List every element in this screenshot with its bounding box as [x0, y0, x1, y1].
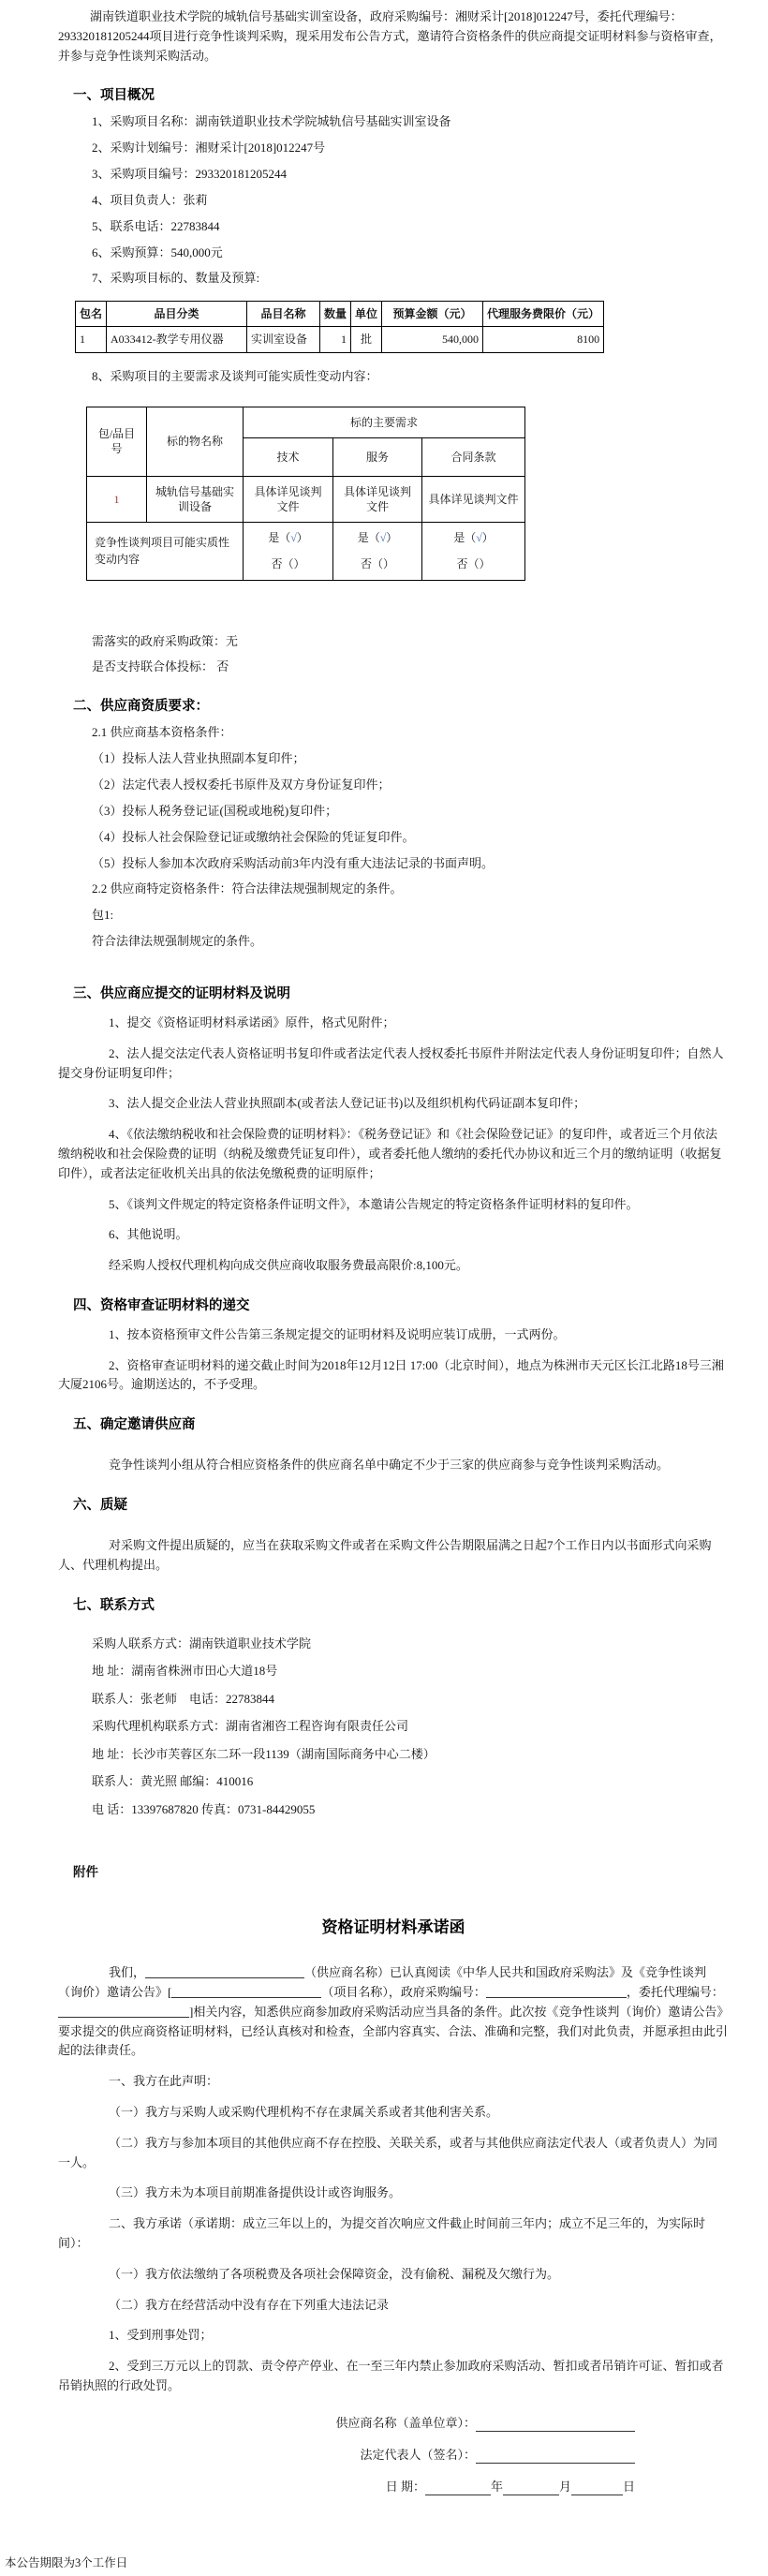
- violation-item: 2、受到三万元以上的罚款、责令停产停业、在一至三年内禁止参加政府采购活动、暂扣或…: [58, 2357, 729, 2396]
- cell-subject-name: 城轨信号基础实训设备: [147, 476, 244, 522]
- agency-contact-line: 采购代理机构联系方式：湖南省湘咨工程咨询有限责任公司: [92, 1717, 729, 1736]
- header-service: 服务: [333, 437, 422, 476]
- header-unit: 单位: [351, 302, 382, 327]
- no-option: 否（）: [428, 556, 519, 571]
- procurement-items-table: 包名 品目分类 品目名称 数量 单位 预算金额（元） 代理服务费限价（元） 1 …: [75, 301, 604, 352]
- letter-text: ，委托代理编号：: [627, 1985, 724, 1999]
- blank-project-name: [171, 1984, 321, 1998]
- qualification-line: （4）投标人社会保险登记证或缴纳社会保险的凭证复印件。: [92, 829, 729, 847]
- header-contract-terms: 合同条款: [422, 437, 525, 476]
- agency-phone-line: 电 话：13397687820 传真：0731-84429055: [92, 1800, 729, 1819]
- header-package: 包名: [76, 302, 107, 327]
- legal-rep-label: 法定代表人（签名）：: [360, 2447, 476, 2464]
- cell-category: A033412-教学专用仪器: [107, 327, 247, 352]
- header-quantity: 数量: [320, 302, 351, 327]
- agency-address-line: 地 址：长沙市芙蓉区东二环一段1139（湖南国际商务中心二楼）: [92, 1745, 729, 1764]
- yes-label-close: ）: [297, 531, 308, 544]
- yes-label-close: ）: [482, 531, 494, 544]
- no-option: 否（）: [249, 556, 327, 571]
- yes-option: 是（√）: [428, 530, 519, 545]
- yes-label: 是（: [358, 531, 380, 544]
- plan-number-line: 2、采购计划编号：湘财采计[2018]012247号: [92, 140, 729, 157]
- invite-supplier-paragraph: 竞争性谈判小组从符合相应资格条件的供应商名单中确定不少于三家的供应商参与竞争性谈…: [58, 1456, 729, 1475]
- declaration-2-item: （一）我方依法缴纳了各项税费及各项社会保障资金，没有偷税、漏税及欠缴行为。: [58, 2265, 729, 2285]
- material-paragraph: 1、提交《资格证明材料承诺函》原件，格式见附件；: [58, 1014, 729, 1033]
- table-row: 1 城轨信号基础实训设备 具体详见谈判文件 具体详见谈判文件 具体详见谈判文件: [87, 476, 525, 522]
- blank-supplier-seal: [476, 2418, 635, 2432]
- cell-unit: 批: [351, 327, 382, 352]
- variation-service: 是（√） 否（）: [333, 523, 422, 580]
- announcement-period-note: 本公告期限为3个工作日: [5, 2554, 127, 2570]
- blank-day: [571, 2481, 623, 2495]
- signature-block: 供应商名称（盖单位章）： 法定代表人（签名）： 日 期：年月日: [58, 2415, 729, 2496]
- requirements-table: 包/品目号 标的物名称 标的主要需求 技术 服务 合同条款 1 城轨信号基础实训…: [86, 407, 525, 581]
- blank-legal-rep: [476, 2450, 635, 2464]
- qualification-line: 符合法律法规强制规定的条件。: [92, 933, 729, 951]
- qualification-line: （2）法定代表人授权委托书原件及双方身份证复印件；: [92, 777, 729, 794]
- table-header-row: 包/品目号 标的物名称 标的主要需求: [87, 407, 525, 437]
- cell-service: 具体详见谈判文件: [333, 476, 422, 522]
- declaration-1-title: 一、我方在此声明：: [58, 2072, 729, 2092]
- cell-contract-terms: 具体详见谈判文件: [422, 476, 525, 522]
- intro-paragraph: 湖南铁道职业技术学院的城轨信号基础实训室设备，政府采购编号：湘财采计[2018]…: [58, 7, 729, 66]
- header-main-requirements: 标的主要需求: [244, 407, 525, 437]
- blank-supplier-name: [145, 1964, 304, 1978]
- cell-budget: 540,000: [382, 327, 483, 352]
- qualification-line: 2.1 供应商基本资格条件：: [92, 724, 729, 742]
- declaration-1-item: （三）我方未为本项目前期准备提供设计或咨询服务。: [58, 2184, 729, 2203]
- table-header-row: 包名 品目分类 品目名称 数量 单位 预算金额（元） 代理服务费限价（元）: [76, 302, 604, 327]
- day-label: 日: [623, 2479, 635, 2495]
- section-6-title: 六、质疑: [73, 1494, 729, 1514]
- yes-option: 是（√）: [339, 530, 416, 545]
- declaration-2-title: 二、我方承诺（承诺期：成立三年以上的，为提交首次响应文件截止时间前三年内；成立不…: [58, 2214, 729, 2254]
- qualification-line: 2.2 供应商特定资格条件：符合法律法规强制规定的条件。: [92, 881, 729, 898]
- section-4-title: 四、资格审查证明材料的递交: [73, 1295, 729, 1314]
- cell-package-no: 1: [87, 476, 147, 522]
- header-item-name: 品目名称: [247, 302, 320, 327]
- header-agency-fee: 代理服务费限价（元）: [483, 302, 604, 327]
- qualification-line: （3）投标人税务登记证(国税或地税)复印件；: [92, 803, 729, 821]
- section-7-title: 七、联系方式: [73, 1594, 729, 1614]
- declaration-2-item: （二）我方在经营活动中没有存在下列重大违法记录: [58, 2296, 729, 2316]
- declaration-1-item: （一）我方与采购人或采购代理机构不存在隶属关系或者其他利害关系。: [58, 2103, 729, 2123]
- submission-paragraph: 1、按本资格预审文件公告第三条规定提交的证明材料及说明应装订成册，一式两份。: [58, 1325, 729, 1345]
- budget-line: 6、采购预算：540,000元: [92, 244, 729, 262]
- header-technical: 技术: [244, 437, 333, 476]
- query-paragraph: 对采购文件提出质疑的，应当在获取采购文件或者在采购文件公告期限届满之日起7个工作…: [58, 1536, 729, 1576]
- yes-option: 是（√）: [249, 530, 327, 545]
- section-2-title: 二、供应商资质要求：: [73, 695, 729, 715]
- joint-bid-line: 是否支持联合体投标： 否: [92, 659, 729, 676]
- table-row-variation: 竞争性谈判项目可能实质性变动内容 是（√） 否（） 是（√） 否（） 是（√） …: [87, 523, 525, 580]
- qualification-line: （1）投标人法人营业执照副本复印件；: [92, 750, 729, 768]
- header-budget: 预算金额（元）: [382, 302, 483, 327]
- service-fee-paragraph: 经采购人授权代理机构向成交供应商收取服务费最高限价:8,100元。: [58, 1256, 729, 1276]
- section-3-title: 三、供应商应提交的证明材料及说明: [73, 983, 729, 1002]
- cell-package: 1: [76, 327, 107, 352]
- yes-label-close: ）: [386, 531, 397, 544]
- document-page: 湖南铁道职业技术学院的城轨信号基础实训室设备，政府采购编号：湘财采计[2018]…: [0, 0, 768, 2576]
- letter-opening-paragraph: 我们，（供应商名称）已认真阅读《中华人民共和国政府采购法》及《竞争性谈判（询价）…: [58, 1963, 729, 2061]
- requirements-line: 8、采购项目的主要需求及谈判可能实质性变动内容：: [92, 368, 729, 386]
- violation-item: 1、受到刑事处罚；: [58, 2326, 729, 2346]
- blank-agency-no: [58, 2004, 189, 2018]
- material-paragraph: 6、其他说明。: [58, 1225, 729, 1245]
- checkmark-icon: √: [290, 531, 297, 544]
- section-1-title: 一、项目概况: [73, 84, 729, 104]
- section-5-title: 五、确定邀请供应商: [73, 1414, 729, 1433]
- submission-deadline-paragraph: 2、资格审查证明材料的递交截止时间为2018年12月12日 17:00（北京时间…: [58, 1356, 729, 1396]
- blank-year: [425, 2481, 491, 2495]
- cell-technical: 具体详见谈判文件: [244, 476, 333, 522]
- material-paragraph: 2、法人提交法定代表人资格证明书复印件或者法定代表人授权委托书原件并附法定代表人…: [58, 1044, 729, 1084]
- cell-quantity: 1: [320, 327, 351, 352]
- no-option: 否（）: [339, 556, 416, 571]
- attachment-label: 附件: [73, 1861, 729, 1880]
- legal-rep-signature-row: 法定代表人（签名）：: [58, 2447, 635, 2464]
- contact-phone-line: 5、联系电话：22783844: [92, 218, 729, 236]
- cell-agency-fee: 8100: [483, 327, 604, 352]
- yes-label: 是（: [453, 531, 476, 544]
- project-leader-line: 4、项目负责人：张莉: [92, 192, 729, 210]
- material-paragraph: 4、《依法缴纳税收和社会保险费的证明材料》：《税务登记证》和《社会保险登记证》的…: [58, 1125, 729, 1183]
- table-row: 1 A033412-教学专用仪器 实训室设备 1 批 540,000 8100: [76, 327, 604, 352]
- agency-person-line: 联系人：黄光照 邮编：410016: [92, 1772, 729, 1791]
- header-subject-name: 标的物名称: [147, 407, 244, 476]
- cell-item-name: 实训室设备: [247, 327, 320, 352]
- project-number-line: 3、采购项目编号：293320181205244: [92, 166, 729, 184]
- header-package-item-no: 包/品目号: [87, 407, 147, 476]
- yes-label: 是（: [268, 531, 290, 544]
- blank-month: [503, 2481, 559, 2495]
- material-paragraph: 3、法人提交企业法人营业执照副本(或者法人登记证书)以及组织机构代码证副本复印件…: [58, 1094, 729, 1114]
- letter-title: 资格证明材料承诺函: [58, 1914, 729, 1937]
- supplier-seal-label: 供应商名称（盖单位章）：: [335, 2415, 476, 2432]
- qualification-line: （5）投标人参加本次政府采购活动前3年内没有重大违法记录的书面声明。: [92, 855, 729, 873]
- qualification-line: 包1:: [92, 907, 729, 925]
- date-row: 日 期：年月日: [58, 2479, 635, 2495]
- letter-text: （项目名称），政府采购编号：: [321, 1985, 486, 1999]
- variation-technical: 是（√） 否（）: [244, 523, 333, 580]
- purchaser-person-line: 联系人：张老师 电话：22783844: [92, 1690, 729, 1709]
- date-label: 日 期：: [386, 2479, 425, 2495]
- project-name-line: 1、采购项目名称：湖南铁道职业技术学院城轨信号基础实训室设备: [92, 113, 729, 131]
- variation-contract: 是（√） 否（）: [422, 523, 525, 580]
- variation-label: 竞争性谈判项目可能实质性变动内容: [87, 523, 244, 580]
- blank-procurement-no: [486, 1984, 627, 1998]
- policy-line: 需落实的政府采购政策：无: [92, 633, 729, 651]
- declaration-1-item: （二）我方与参加本项目的其他供应商不存在控股、关联关系，或者与其他供应商法定代表…: [58, 2134, 729, 2173]
- header-category: 品目分类: [107, 302, 247, 327]
- year-label: 年: [491, 2479, 503, 2495]
- material-paragraph: 5、《谈判文件规定的特定资格条件证明文件》，本邀请公告规定的特定资格条件证明材料…: [58, 1195, 729, 1215]
- checkmark-icon: √: [476, 531, 482, 544]
- letter-text: 我们，: [109, 1965, 145, 1979]
- subject-quantity-line: 7、采购项目标的、数量及预算:: [92, 270, 729, 288]
- purchaser-address-line: 地 址：湖南省株洲市田心大道18号: [92, 1662, 729, 1680]
- supplier-signature-row: 供应商名称（盖单位章）：: [58, 2415, 635, 2432]
- month-label: 月: [559, 2479, 571, 2495]
- purchaser-contact-line: 采购人联系方式：湖南铁道职业技术学院: [92, 1635, 729, 1653]
